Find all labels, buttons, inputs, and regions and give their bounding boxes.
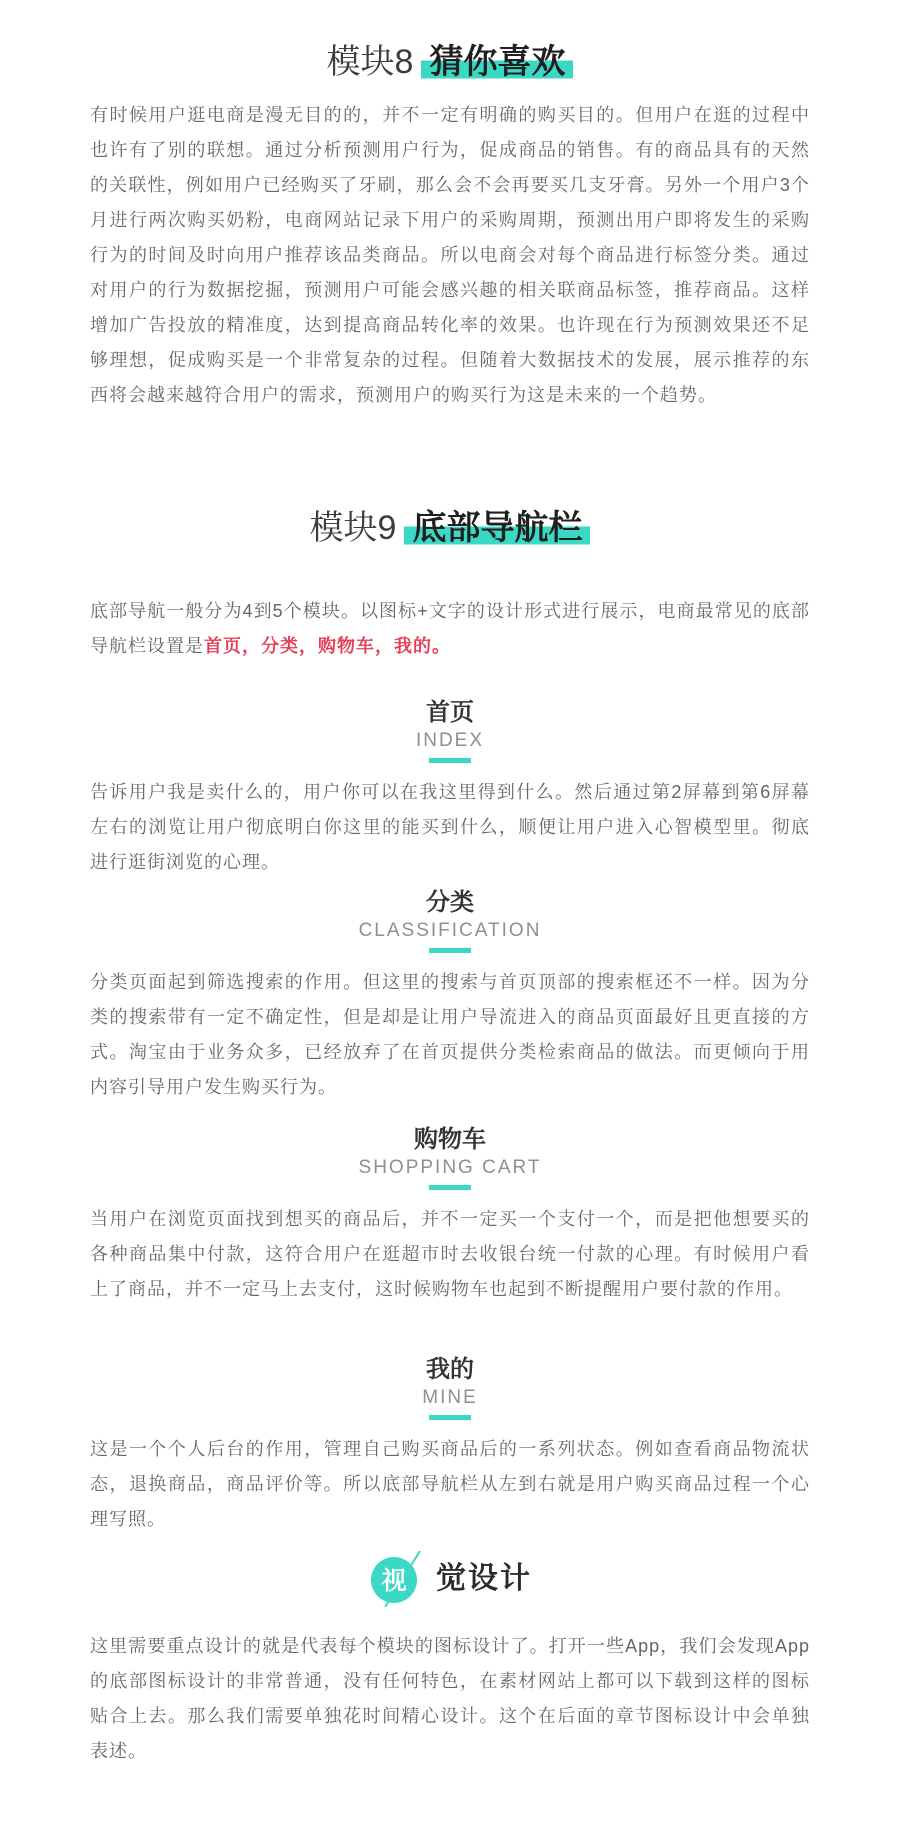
- module9-title-highlight: 底部导航栏: [404, 509, 590, 547]
- section-mine-title: 我的: [90, 1355, 810, 1385]
- article-page: 模块8猜你喜欢 有时候用户逛电商是漫无目的的，并不一定有明确的购买目的。但用户在…: [90, 0, 810, 1769]
- section-underline: [429, 758, 471, 763]
- section-index-paragraph: 告诉用户我是卖什么的，用户你可以在我这里得到什么。然后通过第2屏幕到第6屏幕左右…: [90, 775, 810, 880]
- visual-design-heading: 视 觉设计: [90, 1551, 810, 1607]
- section-underline: [429, 1185, 471, 1190]
- module9-title: 模块9底部导航栏: [90, 508, 810, 548]
- section-classification-subtitle: CLASSIFICATION: [90, 918, 810, 944]
- visual-design-icon-char: 视: [380, 1567, 406, 1595]
- section-underline: [429, 948, 471, 953]
- section-mine-subtitle: MINE: [90, 1385, 810, 1411]
- section-classification-title: 分类: [90, 888, 810, 918]
- section-underline: [429, 1415, 471, 1420]
- section-shopping-cart: 购物车 SHOPPING CART 当用户在浏览页面找到想买的商品后，并不一定买…: [90, 1125, 810, 1307]
- module8-title-highlight: 猜你喜欢: [421, 43, 573, 81]
- visual-design-title: 觉设计: [436, 1551, 532, 1607]
- section-shopping-cart-subtitle: SHOPPING CART: [90, 1155, 810, 1181]
- section-shopping-cart-title: 购物车: [90, 1125, 810, 1155]
- visual-design-circle-icon: 视: [368, 1551, 430, 1607]
- visual-design-paragraph: 这里需要重点设计的就是代表每个模块的图标设计了。打开一些App，我们会发现App…: [90, 1629, 810, 1769]
- section-index: 首页 INDEX 告诉用户我是卖什么的，用户你可以在我这里得到什么。然后通过第2…: [90, 698, 810, 880]
- section-classification-paragraph: 分类页面起到筛选搜索的作用。但这里的搜索与首页顶部的搜索框还不一样。因为分类的搜…: [90, 965, 810, 1105]
- module9-intro-paragraph: 底部导航一般分为4到5个模块。以图标+文字的设计形式进行展示，电商最常见的底部导…: [90, 594, 810, 664]
- section-mine-paragraph: 这是一个个人后台的作用，管理自己购买商品后的一系列状态。例如查看商品物流状态，退…: [90, 1432, 810, 1537]
- section-index-title: 首页: [90, 698, 810, 728]
- module8-paragraph: 有时候用户逛电商是漫无目的的，并不一定有明确的购买目的。但用户在逛的过程中也许有…: [90, 98, 810, 413]
- module8-title-prefix: 模块8: [327, 43, 414, 81]
- module8-title: 模块8猜你喜欢: [90, 42, 810, 82]
- module9-intro-red-text: 首页，分类，购物车，我的。: [204, 636, 451, 656]
- section-classification: 分类 CLASSIFICATION 分类页面起到筛选搜索的作用。但这里的搜索与首…: [90, 888, 810, 1105]
- section-mine: 我的 MINE 这是一个个人后台的作用，管理自己购买商品后的一系列状态。例如查看…: [90, 1355, 810, 1537]
- section-index-subtitle: INDEX: [90, 728, 810, 754]
- section-shopping-cart-paragraph: 当用户在浏览页面找到想买的商品后，并不一定买一个支付一个，而是把他想要买的各种商…: [90, 1202, 810, 1307]
- module9-title-prefix: 模块9: [310, 509, 397, 547]
